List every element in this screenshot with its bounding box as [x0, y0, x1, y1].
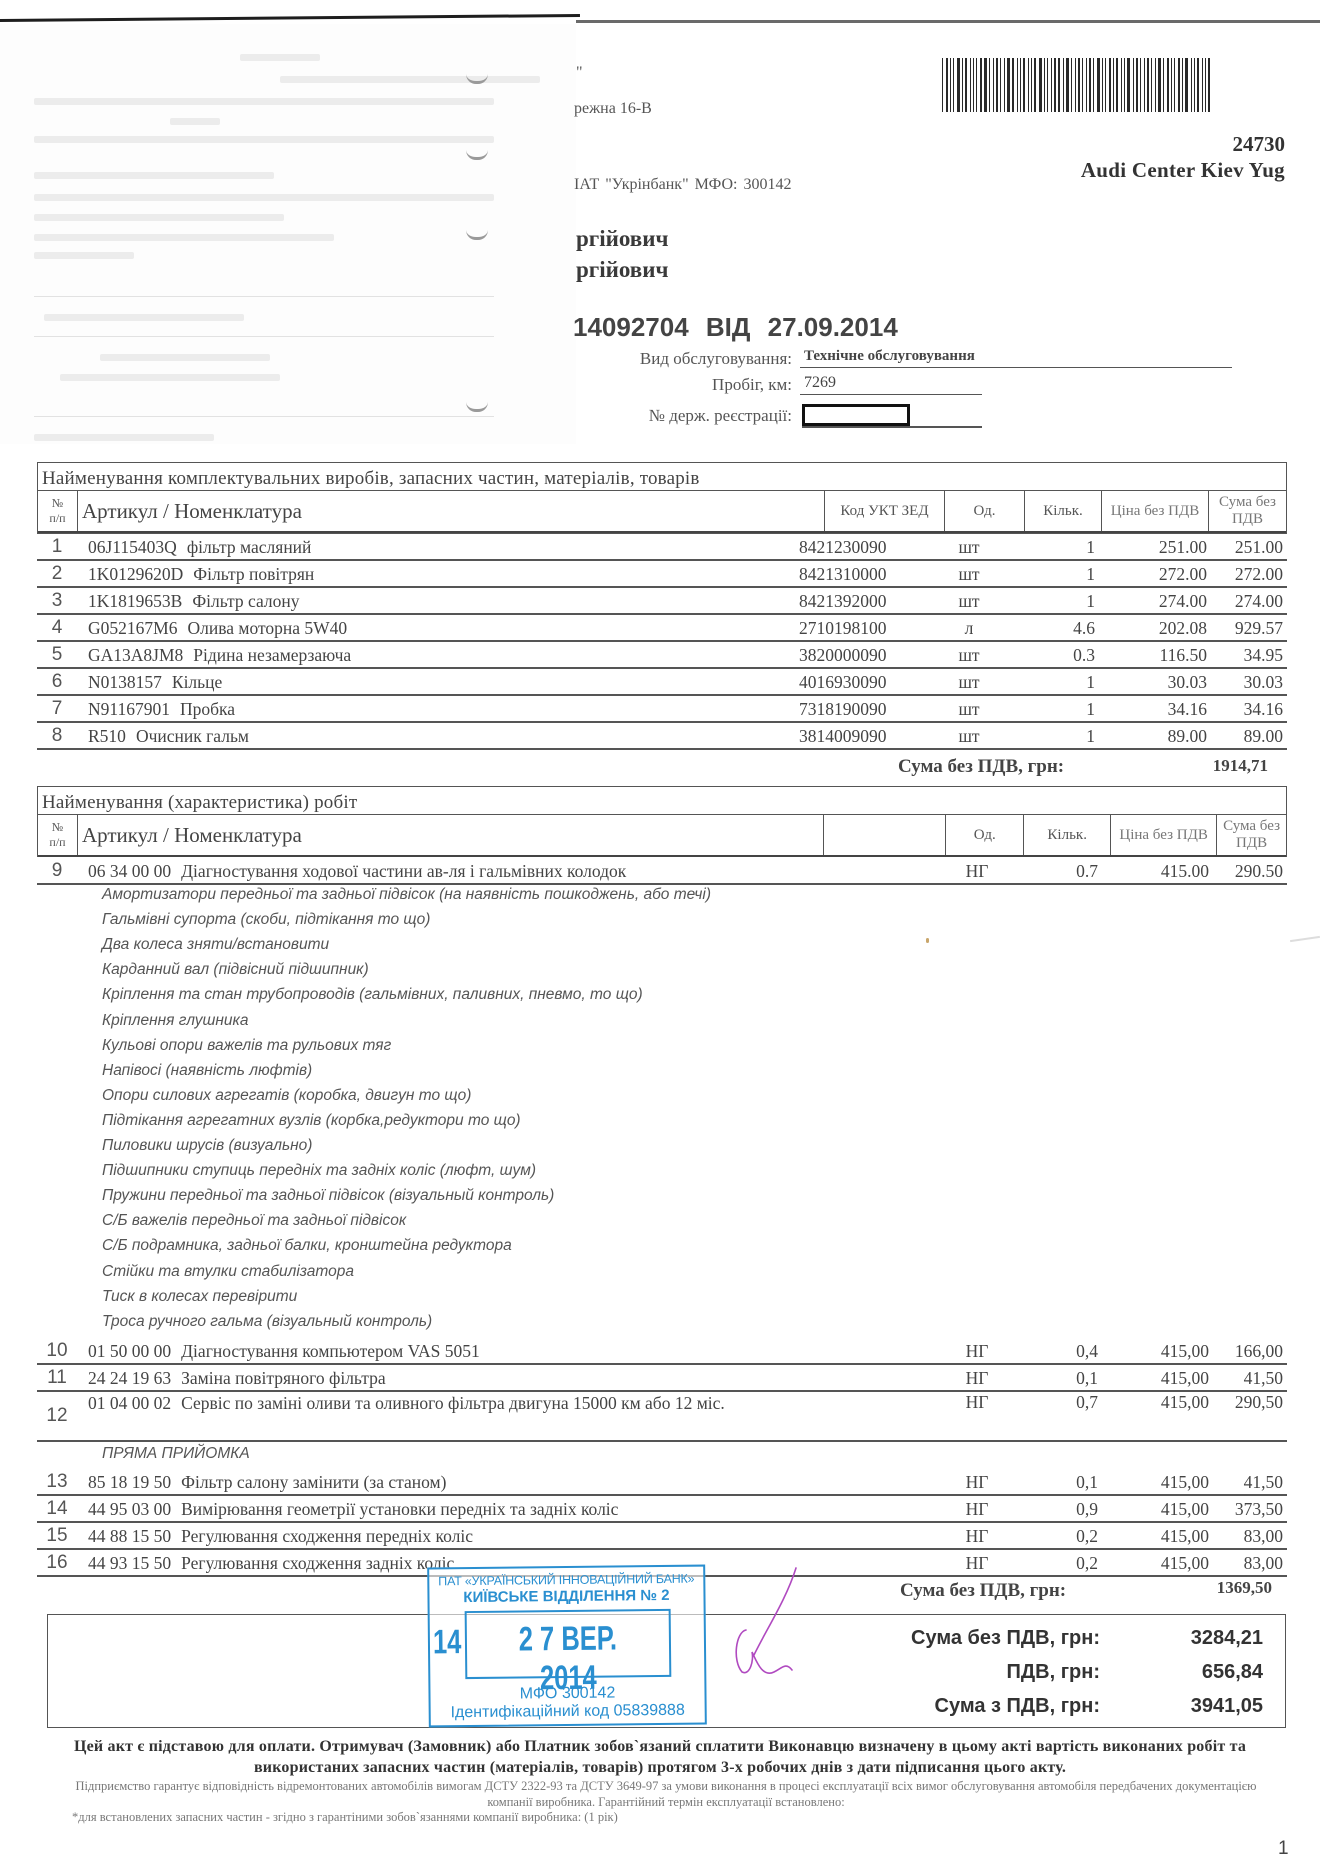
- barcode-bar: [1140, 58, 1141, 112]
- row-number: 11: [37, 1367, 77, 1389]
- works-table-title: Найменування (характеристика) робіт: [38, 787, 1286, 815]
- barcode-bar: [1136, 58, 1138, 112]
- unit: НГ: [937, 1499, 1017, 1520]
- header-fragment: ": [576, 64, 583, 82]
- checklist-item: Пиловики шрусів (визуально): [102, 1137, 312, 1155]
- barcode-bar: [989, 58, 990, 112]
- price: 34.16: [1107, 699, 1207, 720]
- payer-name-line: ргійович: [576, 257, 668, 283]
- unit: НГ: [937, 1526, 1017, 1547]
- act-title: 14092704 ВІД 27.09.2014: [573, 312, 898, 343]
- article-code: 01 50 00 00: [88, 1341, 171, 1361]
- works-table: Найменування (характеристика) робіт № п/…: [37, 786, 1287, 857]
- row-number: 12: [37, 1405, 77, 1427]
- scan-edge-mark: [1290, 936, 1320, 942]
- barcode-bar: [1012, 58, 1014, 112]
- barcode-bar: [1051, 58, 1052, 112]
- barcode-bar: [1151, 58, 1152, 112]
- page-number: 1: [1278, 1838, 1289, 1860]
- barcode-bar: [1133, 58, 1134, 112]
- quantity: 0.3: [1007, 645, 1095, 666]
- sum: 89.00: [1215, 726, 1283, 747]
- barcode-bar: [1071, 58, 1072, 112]
- article-name: Олива моторна 5W40: [187, 618, 347, 638]
- article-name: Діагностування ходової частини ав-ля і г…: [181, 861, 626, 881]
- registration-label: № держ. реєстрації:: [552, 406, 792, 426]
- quantity: 1: [1007, 699, 1095, 720]
- barcode-bar: [1004, 58, 1005, 112]
- barcode-bar: [1031, 58, 1032, 112]
- barcode-bar: [1102, 58, 1103, 112]
- quantity: 1: [1007, 591, 1095, 612]
- vat-value: 656,84: [1202, 1661, 1263, 1684]
- article-code: N0138157: [88, 672, 162, 692]
- works-table-row: 1124 24 19 63Заміна повітряного фільтраН…: [37, 1365, 1287, 1392]
- unit: НГ: [937, 1553, 1017, 1574]
- price: 415,00: [1103, 1368, 1209, 1389]
- works-subtotal-value: 1369,50: [1150, 1578, 1272, 1598]
- quantity: 0.7: [1017, 861, 1098, 882]
- price: 274.00: [1107, 591, 1207, 612]
- row-number: 15: [37, 1525, 77, 1547]
- row-article: 85 18 19 50Фільтр салону замінити (за ст…: [77, 1472, 446, 1493]
- page-edge-right: [576, 20, 1320, 23]
- stamp-bank-name: ПАТ «УКРАЇНСЬКИЙ ІННОВАЦІЙНИЙ БАНК»: [429, 1572, 703, 1589]
- checklist-item: Кріплення та стан трубопроводів (гальмів…: [102, 986, 643, 1004]
- quantity: 1: [1007, 672, 1095, 693]
- sum: 41,50: [1215, 1368, 1283, 1389]
- col-number: № п/п: [38, 815, 78, 855]
- row-article: 06J115403Qфільтр масляний: [77, 537, 311, 558]
- unit: НГ: [937, 861, 1017, 882]
- row-article: R510Очисник гальм: [77, 726, 249, 747]
- price: 415,00: [1103, 1499, 1209, 1520]
- sum: 83,00: [1215, 1526, 1283, 1547]
- article-code: 1K0129620D: [88, 564, 183, 584]
- price: 415,00: [1103, 1341, 1209, 1362]
- barcode-bar: [1089, 58, 1091, 112]
- row-article: 1K0129620DФільтр повітрян: [77, 564, 314, 585]
- barcode-bar: [1202, 58, 1203, 112]
- stamp-teller-number: 14: [433, 1623, 462, 1662]
- barcode-bar: [965, 58, 967, 112]
- barcode-bar: [1171, 58, 1172, 112]
- barcode-bar: [970, 58, 971, 112]
- row-article: N91167901Пробка: [77, 699, 235, 720]
- col-code: [824, 815, 946, 855]
- total-net-value: 3284,21: [1191, 1627, 1263, 1650]
- row-number: 1: [37, 536, 77, 558]
- row-number: 4: [37, 617, 77, 639]
- barcode-bar: [1020, 58, 1021, 112]
- punch-hole-icon: [466, 230, 488, 240]
- row-number: 2: [37, 563, 77, 585]
- price: 415.00: [1103, 861, 1209, 882]
- col-sum: Сума без ПДВ: [1209, 491, 1286, 531]
- barcode-bar: [1017, 58, 1018, 112]
- article-code: 44 93 15 50: [88, 1553, 171, 1573]
- checklist-item: С/Б подрамника, задньої балки, кронштейн…: [102, 1237, 512, 1255]
- row-article: 01 50 00 00Діагностування компьютером VA…: [77, 1341, 480, 1362]
- parts-table-row: 4G052167M6Олива моторна 5W402710198100л4…: [37, 615, 1287, 642]
- parts-subtotal-label: Сума без ПДВ, грн:: [898, 756, 1064, 778]
- barcode-bar: [962, 58, 963, 112]
- barcode-bar: [953, 58, 954, 112]
- col-price: Ціна без ПДВ: [1111, 815, 1217, 855]
- barcode-bar: [1097, 58, 1100, 112]
- parts-table-row: 7N91167901Пробка7318190090шт134.1634.16: [37, 696, 1287, 723]
- barcode-bar: [946, 58, 948, 112]
- checklist-item: Напівосі (наявність люфтів): [102, 1062, 312, 1080]
- service-type-value: Технічне обслуговування: [800, 346, 1232, 368]
- barcode-bar: [1058, 58, 1060, 112]
- col-code: Код УКТ ЗЕД: [825, 491, 945, 531]
- barcode-bar: [1034, 58, 1036, 112]
- quantity: 0,1: [1017, 1472, 1098, 1493]
- total-net-label: Сума без ПДВ, грн:: [911, 1627, 1100, 1650]
- checklist-item: Кульові опори важелів та рульових тяг: [102, 1037, 391, 1055]
- faded-overlay-region: [0, 24, 576, 444]
- barcode-bar: [973, 58, 974, 112]
- checklist-item: Опори силових агрегатів (коробка, двигун…: [102, 1087, 471, 1105]
- barcode-bar: [1121, 58, 1122, 112]
- punch-hole-icon: [466, 402, 488, 412]
- col-unit: Од.: [946, 815, 1024, 855]
- address-fragment: режна 16-В: [574, 100, 652, 118]
- price: 415,00: [1103, 1553, 1209, 1574]
- article-code: 44 95 03 00: [88, 1499, 171, 1519]
- unit: НГ: [937, 1368, 1017, 1389]
- checklist-item: Пружини передньої та задньої підвісок (в…: [102, 1187, 554, 1205]
- col-number: № п/п: [38, 491, 78, 531]
- quantity: 4.6: [1007, 618, 1095, 639]
- article-code: N91167901: [88, 699, 170, 719]
- price: 251.00: [1107, 537, 1207, 558]
- barcode-bar: [1086, 58, 1087, 112]
- article-code: 06J115403Q: [88, 537, 177, 557]
- sum: 373,50: [1215, 1499, 1283, 1520]
- checklist-item: С/Б важелів передньої та задньої підвісо…: [102, 1212, 406, 1230]
- sum: 34.95: [1215, 645, 1283, 666]
- quantity: 1: [1007, 537, 1095, 558]
- col-article: Артикул / Номенклатура: [78, 815, 824, 855]
- service-type-label: Вид обслуговування:: [552, 349, 792, 369]
- row-article: GA13A8JM8Рідина незамерзаюча: [77, 645, 351, 666]
- barcode-bar: [976, 58, 977, 112]
- works-table-row: 1385 18 19 50Фільтр салону замінити (за …: [37, 1469, 1287, 1496]
- row-number: 5: [37, 644, 77, 666]
- row-article: 44 93 15 50Регулювання сходження задніх …: [77, 1553, 454, 1574]
- checklist-item: Підшипники ступиць передніх та задніх ко…: [102, 1162, 536, 1180]
- col-price: Ціна без ПДВ: [1102, 491, 1209, 531]
- parts-table: Найменування комплектувальних виробів, з…: [37, 462, 1287, 534]
- article-name: Діагностування компьютером VAS 5051: [181, 1341, 480, 1361]
- signature-icon: [716, 1560, 806, 1690]
- quantity: 0,1: [1017, 1368, 1098, 1389]
- price: 89.00: [1107, 726, 1207, 747]
- unit: НГ: [937, 1472, 1017, 1493]
- works-table-header: № п/п Артикул / Номенклатура Од. Кільк. …: [38, 815, 1286, 857]
- bank-details: ІАТ "Укрінбанк" МФО: 300142: [574, 176, 791, 194]
- article-name: Регулювання сходження передніх коліс: [181, 1526, 473, 1546]
- article-name: Регулювання сходження задніх коліс: [181, 1553, 454, 1573]
- unit: шт: [939, 672, 999, 693]
- barcode-bar: [1167, 58, 1169, 112]
- page-edge: [0, 0, 580, 22]
- stamp-branch: КИЇВСЬКЕ ВІДДІЛЕННЯ № 2: [429, 1587, 703, 1607]
- row-number: 8: [37, 725, 77, 747]
- article-code: GA13A8JM8: [88, 645, 183, 665]
- barcode-bar: [1178, 58, 1180, 112]
- sum: 929.57: [1215, 618, 1283, 639]
- article-name: Пробка: [180, 699, 235, 719]
- article-code: R510: [88, 726, 126, 746]
- row-number: 16: [37, 1552, 77, 1574]
- vat-label: ПДВ, грн:: [1007, 1661, 1100, 1684]
- price: 415,00: [1103, 1392, 1209, 1413]
- uktzed-code: 3820000090: [799, 645, 939, 666]
- total-gross-label: Сума з ПДВ, грн:: [935, 1695, 1100, 1718]
- row-number: 3: [37, 590, 77, 612]
- sum: 290.50: [1215, 861, 1283, 882]
- article-code: G052167M6: [88, 618, 177, 638]
- barcode-bar: [1127, 58, 1130, 112]
- article-code: 24 24 19 63: [88, 1368, 171, 1388]
- barcode-bar: [1163, 58, 1164, 112]
- unit: шт: [939, 591, 999, 612]
- barcode: [942, 58, 1222, 112]
- barcode-bar: [957, 58, 960, 112]
- barcode-bar: [1044, 58, 1045, 112]
- price: 415,00: [1103, 1526, 1209, 1547]
- checklist-item: Амортизатори передньої та задньої підвіс…: [102, 886, 711, 904]
- row-number: 6: [37, 671, 77, 693]
- parts-table-row: 31K1819653BФільтр салону8421392000шт1274…: [37, 588, 1287, 615]
- sum: 290,50: [1215, 1392, 1283, 1413]
- barcode-bar: [1144, 58, 1145, 112]
- barcode-bar: [1078, 58, 1080, 112]
- price: 116.50: [1107, 645, 1207, 666]
- barcode-bar: [1194, 58, 1195, 112]
- article-name: Очисник гальм: [136, 726, 249, 746]
- article-code: 06 34 00 00: [88, 861, 171, 881]
- barcode-bar: [1063, 58, 1064, 112]
- barcode-bar: [980, 58, 982, 112]
- barcode-bar: [993, 58, 994, 112]
- sum: 274.00: [1215, 591, 1283, 612]
- checklist-item: Стійки та втулки стабилізатора: [102, 1263, 354, 1281]
- uktzed-code: 8421310000: [799, 564, 939, 585]
- unit: л: [939, 618, 999, 639]
- company-name: Audi Center Kiev Yug: [1081, 158, 1285, 183]
- col-unit: Од.: [945, 491, 1025, 531]
- unit: шт: [939, 726, 999, 747]
- parts-table-row: 6N0138157Кільце4016930090шт130.0330.03: [37, 669, 1287, 696]
- barcode-bar: [1109, 58, 1111, 112]
- uktzed-code: 2710198100: [799, 618, 939, 639]
- barcode-bar: [950, 58, 951, 112]
- uktzed-code: 7318190090: [799, 699, 939, 720]
- barcode-bar: [1185, 58, 1188, 112]
- punch-hole-icon: [466, 150, 488, 160]
- barcode-bar: [1155, 58, 1156, 112]
- row-article: 44 88 15 50Регулювання сходження передні…: [77, 1526, 473, 1547]
- barcode-bar: [1093, 58, 1094, 112]
- barcode-bar: [1182, 58, 1183, 112]
- works-subtotal-label: Сума без ПДВ, грн:: [900, 1580, 1066, 1602]
- registration-underline: [802, 426, 982, 428]
- quantity: 0,7: [1017, 1392, 1098, 1413]
- works-table-row: 1544 88 15 50Регулювання сходження перед…: [37, 1523, 1287, 1550]
- row-article: 06 34 00 00Діагностування ходової частин…: [77, 861, 626, 882]
- article-name: Фільтр повітрян: [193, 564, 314, 584]
- barcode-bar: [1116, 58, 1118, 112]
- article-code: 85 18 19 50: [88, 1472, 171, 1492]
- sum: 251.00: [1215, 537, 1283, 558]
- section-label: ПРЯМА ПРИЙОМКА: [102, 1445, 250, 1463]
- document-number: 24730: [1233, 132, 1286, 157]
- price: 30.03: [1107, 672, 1207, 693]
- quantity: 0,9: [1017, 1499, 1098, 1520]
- row-article: 1K1819653BФільтр салону: [77, 591, 300, 612]
- barcode-bar: [1205, 58, 1206, 112]
- checklist-item: Підтікання агрегатних вузлів (корбка,ред…: [102, 1112, 521, 1130]
- parts-table-title: Найменування комплектувальних виробів, з…: [38, 463, 1286, 491]
- barcode-bar: [1208, 58, 1210, 112]
- row-number: 7: [37, 698, 77, 720]
- barcode-bar: [1124, 58, 1125, 112]
- stamp-id-code: Ідентифікаційний код 05839888: [431, 1702, 705, 1723]
- sum: 34.16: [1215, 699, 1283, 720]
- col-qty: Кільк.: [1025, 491, 1102, 531]
- checklist-item: Два колеса зняти/встановити: [102, 936, 329, 954]
- barcode-bar: [1158, 58, 1161, 112]
- barcode-bar: [1105, 58, 1106, 112]
- col-article: Артикул / Номенклатура: [78, 491, 825, 531]
- barcode-bar: [942, 58, 943, 112]
- works-table-row: 1001 50 00 00Діагностування компьютером …: [37, 1338, 1287, 1365]
- barcode-bar: [1113, 58, 1114, 112]
- barcode-bar: [996, 58, 998, 112]
- mileage-value: 7269: [800, 373, 982, 395]
- works-table-row: 1201 04 00 02Сервіс по заміні оливи та о…: [37, 1392, 1287, 1442]
- row-number: 10: [37, 1340, 77, 1362]
- works-table-row: 1444 95 03 00Вимірювання геометрії устан…: [37, 1496, 1287, 1523]
- barcode-bar: [1000, 58, 1001, 112]
- row-article: 44 95 03 00Вимірювання геометрії установ…: [77, 1499, 618, 1520]
- quantity: 1: [1007, 564, 1095, 585]
- sum: 41,50: [1215, 1472, 1283, 1493]
- col-qty: Кільк.: [1024, 815, 1111, 855]
- parts-table-row: 5GA13A8JM8Рідина незамерзаюча3820000090ш…: [37, 642, 1287, 669]
- sum: 272.00: [1215, 564, 1283, 585]
- total-gross-value: 3941,05: [1191, 1695, 1263, 1718]
- checklist-item: Кріплення глушника: [102, 1012, 248, 1030]
- unit: шт: [939, 564, 999, 585]
- quantity: 0,4: [1017, 1341, 1098, 1362]
- parts-subtotal-value: 1914,71: [1150, 756, 1268, 776]
- barcode-bar: [1174, 58, 1175, 112]
- article-name: Рідина незамерзаюча: [193, 645, 351, 665]
- article-name: фільтр масляний: [187, 537, 312, 557]
- works-table-row: 906 34 00 00Діагностування ходової части…: [37, 858, 1287, 885]
- barcode-bar: [1039, 58, 1042, 112]
- barcode-bar: [1047, 58, 1048, 112]
- parts-table-header: № п/п Артикул / Номенклатура Код УКТ ЗЕД…: [38, 491, 1286, 533]
- price: 202.08: [1107, 618, 1207, 639]
- payment-terms: Цей акт є підставою для оплати. Отримува…: [60, 1736, 1260, 1778]
- row-number: 14: [37, 1498, 77, 1520]
- barcode-bar: [1191, 58, 1192, 112]
- uktzed-code: 8421230090: [799, 537, 939, 558]
- quantity: 0,2: [1017, 1553, 1098, 1574]
- uktzed-code: 8421392000: [799, 591, 939, 612]
- row-number: 9: [37, 860, 77, 882]
- unit: НГ: [937, 1341, 1017, 1362]
- barcode-bar: [1023, 58, 1025, 112]
- unit: шт: [939, 537, 999, 558]
- article-name: Фільтр салону: [192, 591, 299, 611]
- parts-table-row: 8R510Очисник гальм3814009090шт189.0089.0…: [37, 723, 1287, 750]
- row-article: N0138157Кільце: [77, 672, 222, 693]
- sum: 30.03: [1215, 672, 1283, 693]
- barcode-bar: [1054, 58, 1056, 112]
- checklist-item: Карданний вал (підвісний підшипник): [102, 961, 369, 979]
- col-sum: Сума без ПДВ: [1217, 815, 1286, 855]
- article-name: Вимірювання геометрії установки передніх…: [181, 1499, 618, 1519]
- unit: шт: [939, 645, 999, 666]
- parts-table-row: 21K0129620DФільтр повітрян8421310000шт12…: [37, 561, 1287, 588]
- warranty-text: Підприємство гарантує відповідність відр…: [56, 1778, 1276, 1810]
- barcode-bar: [1028, 58, 1029, 112]
- unit: шт: [939, 699, 999, 720]
- mileage-label: Пробіг, км:: [552, 375, 792, 395]
- article-code: 1K1819653B: [88, 591, 182, 611]
- warranty-note: *для встановлених запасних частин - згід…: [72, 1810, 618, 1825]
- article-name: Фільтр салону замінити (за станом): [181, 1472, 446, 1492]
- row-article: G052167M6Олива моторна 5W40: [77, 618, 347, 639]
- row-article: 24 24 19 63Заміна повітряного фільтра: [77, 1368, 386, 1389]
- uktzed-code: 3814009090: [799, 726, 939, 747]
- quantity: 1: [1007, 726, 1095, 747]
- article-name: Заміна повітряного фільтра: [181, 1368, 386, 1388]
- barcode-bar: [1007, 58, 1010, 112]
- bank-stamp: ПАТ «УКРАЇНСЬКИЙ ІННОВАЦІЙНИЙ БАНК» КИЇВ…: [427, 1565, 707, 1728]
- barcode-bar: [1147, 58, 1149, 112]
- barcode-bar: [1066, 58, 1069, 112]
- unit: НГ: [937, 1392, 1017, 1413]
- article-name: Сервіс по заміні оливи та оливного фільт…: [181, 1393, 725, 1413]
- barcode-bar: [1197, 58, 1199, 112]
- row-article: 01 04 00 02Сервіс по заміні оливи та оли…: [77, 1392, 847, 1414]
- barcode-bar: [1082, 58, 1083, 112]
- checklist-item: Тиск в колесах перевірити: [102, 1288, 297, 1306]
- price: 272.00: [1107, 564, 1207, 585]
- uktzed-code: 4016930090: [799, 672, 939, 693]
- scan-speck: [926, 938, 929, 943]
- article-code: 44 88 15 50: [88, 1526, 171, 1546]
- barcode-bar: [984, 58, 987, 112]
- parts-table-row: 106J115403Qфільтр масляний8421230090шт12…: [37, 534, 1287, 561]
- article-name: Кільце: [172, 672, 222, 692]
- customer-name-line: ргійович: [576, 226, 668, 252]
- row-number: 13: [37, 1471, 77, 1493]
- quantity: 0,2: [1017, 1526, 1098, 1547]
- article-code: 01 04 00 02: [88, 1393, 171, 1413]
- sum: 83,00: [1215, 1553, 1283, 1574]
- checklist-item: Троса ручного гальма (візуальный контрол…: [102, 1313, 432, 1331]
- price: 415,00: [1103, 1472, 1209, 1493]
